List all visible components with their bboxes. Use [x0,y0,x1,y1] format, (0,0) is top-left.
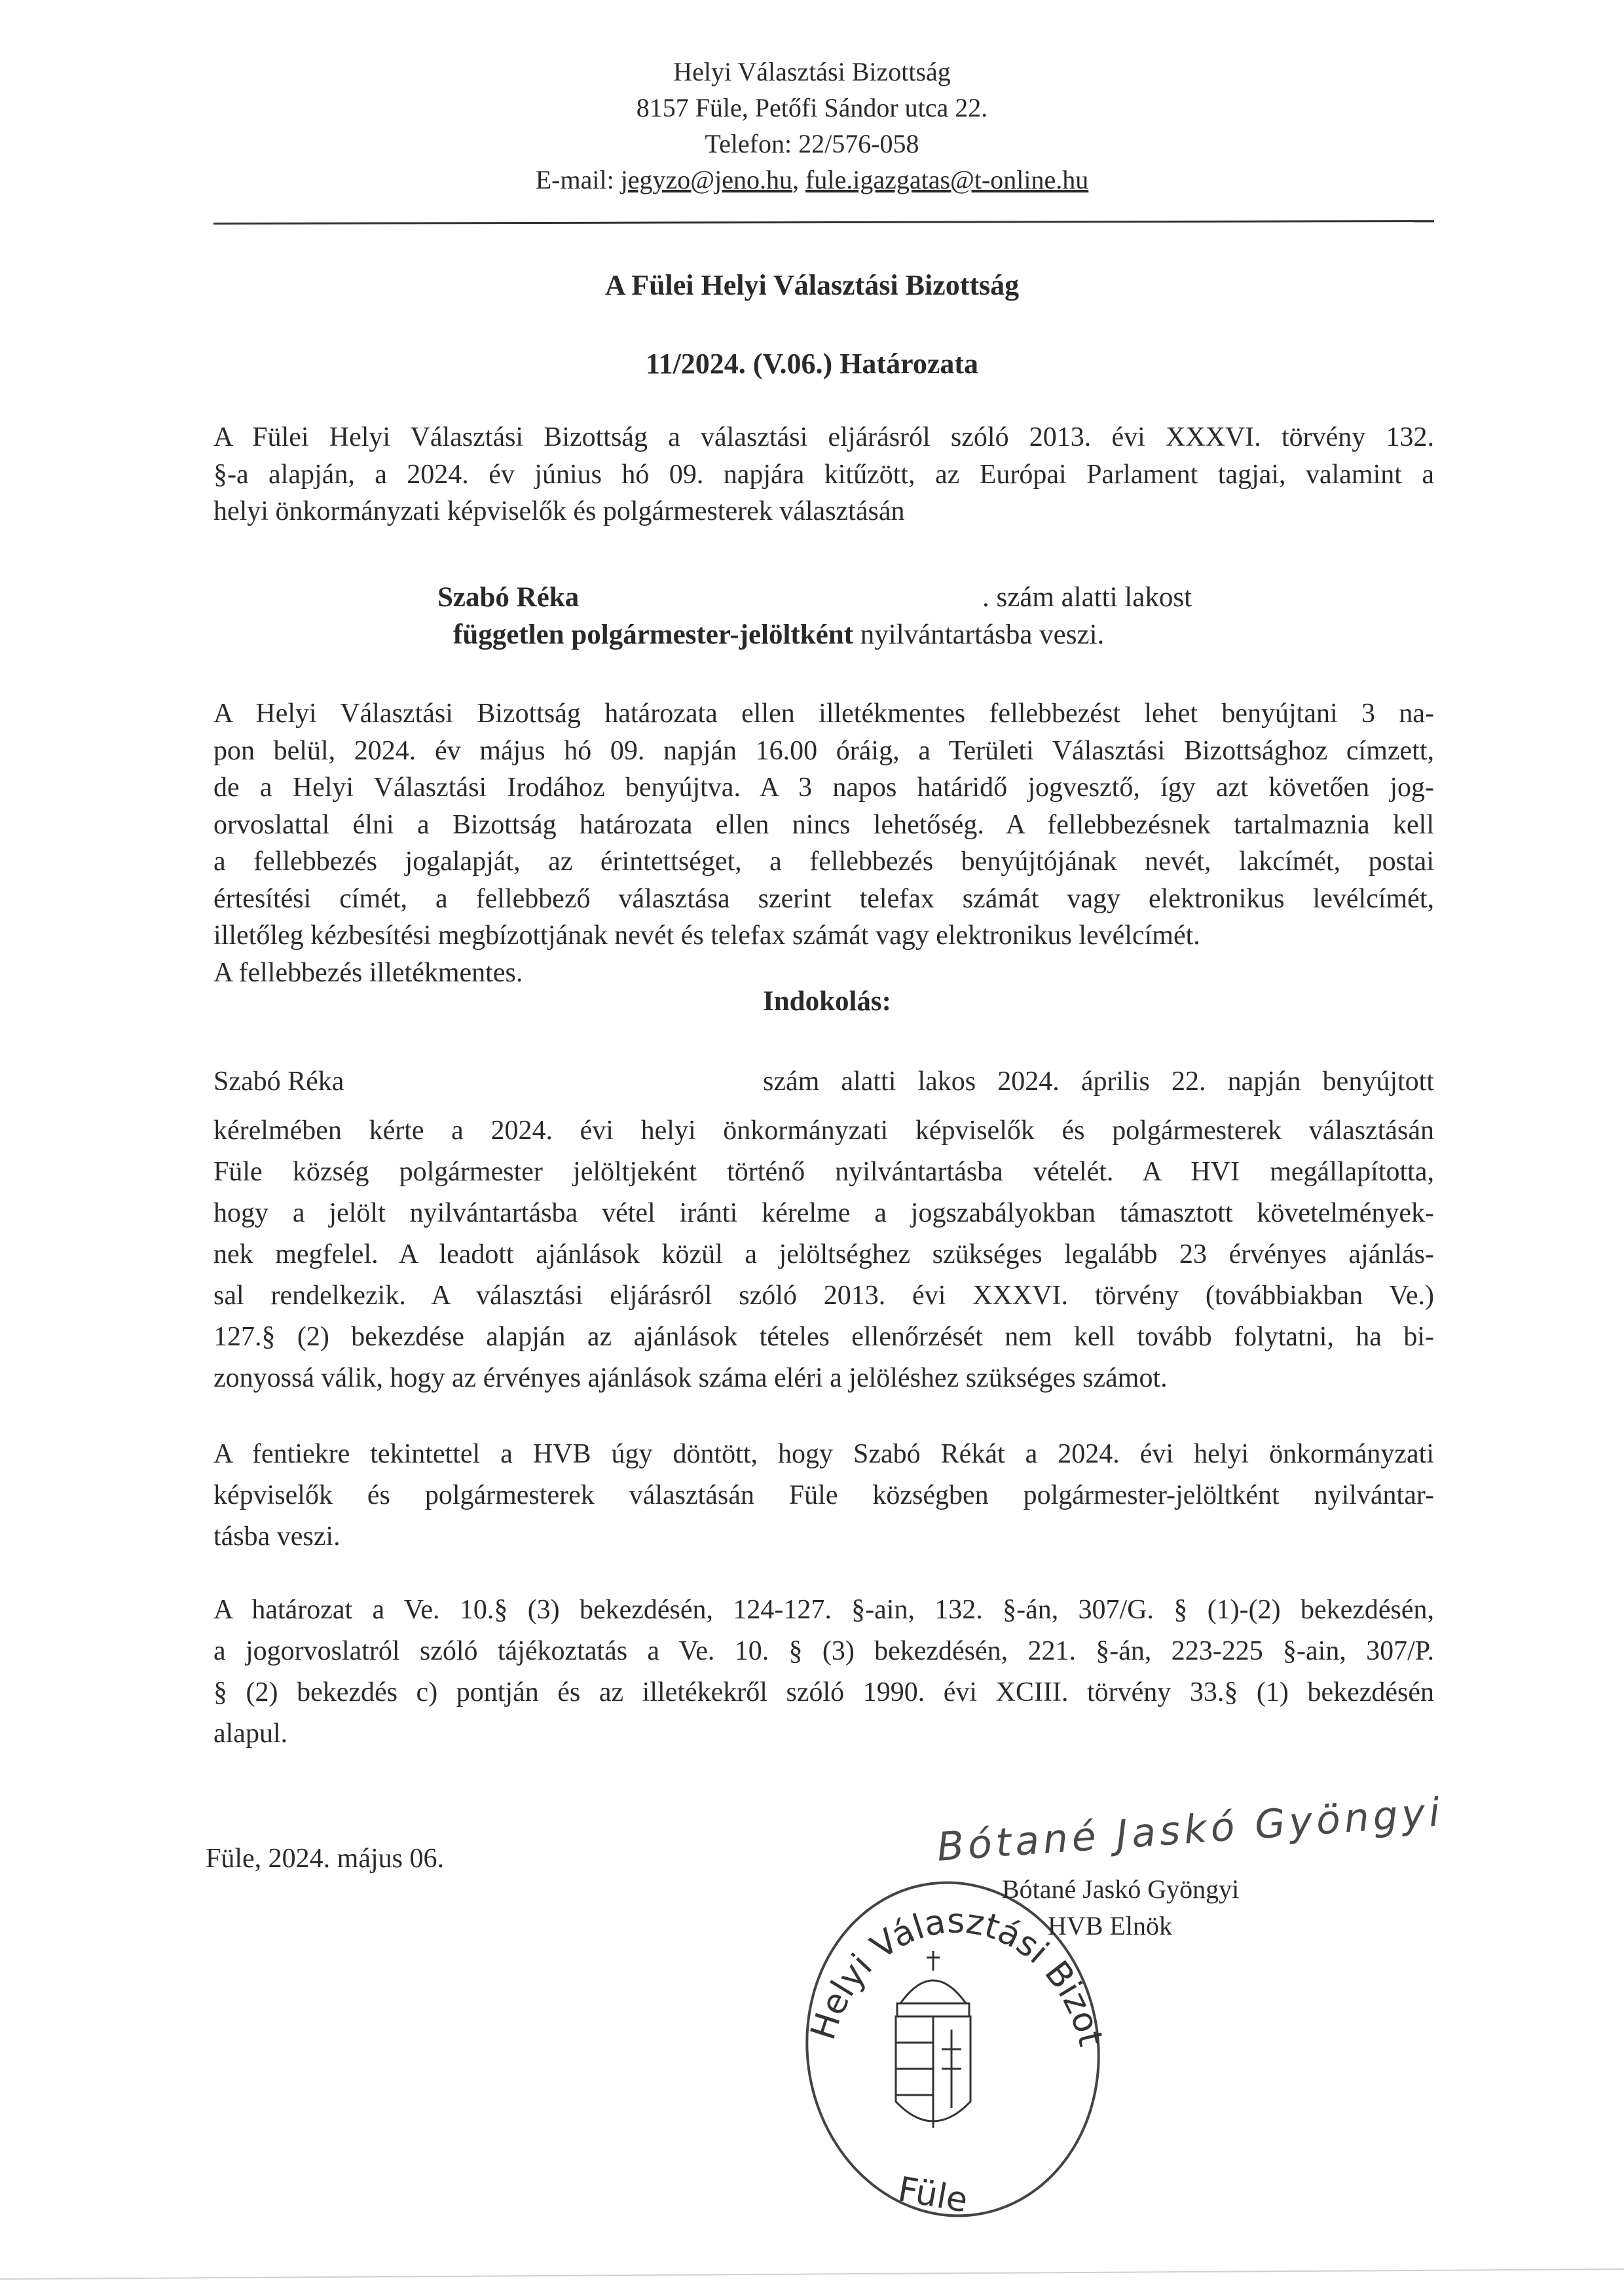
reasoning-line: zonyossá válik, hogy az érvényes ajánlás… [213,1358,1434,1399]
decision-action: nyilvántartásba veszi. [853,619,1104,650]
legal-basis-line: § (2) bekezdés c) pontján és az illetéke… [213,1672,1434,1713]
appeal-line: illetőleg kézbesítési megbízottjának nev… [213,917,1434,955]
intro-paragraph: A Fülei Helyi Választási Bizottság a vál… [213,419,1434,530]
reasoning-first-line: szám alatti lakos 2024. április 22. napj… [763,1066,1434,1097]
reasoning-line: hogy a jelölt nyilvántartásba vétel irán… [213,1193,1434,1234]
scan-edge-line [0,2269,1624,2280]
official-stamp-icon: Helyi Választási Bizottság Füle [792,1853,1107,2219]
appeal-line: a fellebbezés jogalapját, az érintettség… [213,843,1434,881]
email-link-1[interactable]: jegyzo@jeno.hu [621,165,792,194]
appeal-line: orvoslattal élni a Bizottság határozata … [213,807,1434,844]
reasoning-name: Szabó Réka [213,1066,344,1097]
reasoning-heading: Indokolás: [763,985,891,1017]
document-date: Füle, 2024. május 06. [206,1843,444,1874]
decision-role: független polgármester-jelöltként [453,619,853,650]
appeal-line: A Helyi Választási Bizottság határozata … [213,695,1434,733]
reasoning-line: Füle község polgármester jelöltjeként tö… [213,1152,1434,1193]
header-address: 8157 Füle, Petőfi Sándor utca 22. [0,90,1624,126]
conclusion-line: A fentiekre tekintettel a HVB úgy döntöt… [213,1434,1434,1475]
reasoning-line: kérelmében kérte a 2024. évi helyi önkor… [213,1110,1434,1152]
candidate-name: Szabó Réka [437,581,579,613]
legal-basis-line: alapul. [213,1713,1434,1755]
resolution-number: 11/2024. (V.06.) Határozata [0,347,1624,380]
reasoning-line: sal rendelkezik. A választási eljárásról… [213,1275,1434,1317]
header-email: E-mail: jegyzo@jeno.hu, fule.igazgatas@t… [0,162,1624,198]
handwritten-signature: Bótané Jaskó Gyöngyi [936,1789,1445,1870]
reasoning-paragraph: kérelmében kérte a 2024. évi helyi önkor… [213,1110,1434,1399]
reasoning-line: nek megfelel. A leadott ajánlások közül … [213,1234,1434,1275]
email-label: E-mail: [536,165,621,194]
document-title: A Fülei Helyi Választási Bizottság [0,268,1624,302]
reasoning-line: 127.§ (2) bekezdése alapján az ajánlások… [213,1317,1434,1358]
email-link-2[interactable]: fule.igazgatas@t-online.hu [805,165,1088,194]
legal-basis-line: a jogorvoslatról szóló tájékoztatás a Ve… [213,1631,1434,1672]
decision-text: független polgármester-jelöltként nyilvá… [453,619,1104,651]
legal-basis-paragraph: A határozat a Ve. 10.§ (3) bekezdésén, 1… [213,1590,1434,1755]
signer-name: Bótané Jaskó Gyöngyi [1002,1874,1239,1904]
appeal-line: de a Helyi Választási Irodához benyújtva… [213,769,1434,807]
header-divider [213,220,1434,225]
svg-text:Füle: Füle [895,2170,970,2219]
intro-line: §-a alapján, a 2024. év június hó 09. na… [213,456,1434,494]
signer-title: HVB Elnök [1048,1910,1172,1941]
appeal-line: pon belül, 2024. év május hó 09. napján … [213,733,1434,770]
header-phone: Telefon: 22/576-058 [0,126,1624,162]
conclusion-line: képviselők és polgármesterek választásán… [213,1475,1434,1516]
header-org: Helyi Választási Bizottság [0,54,1624,90]
appeal-line: értesítési címét, a fellebbező választás… [213,881,1434,918]
candidate-address-suffix: . szám alatti lakost [982,581,1192,613]
conclusion-paragraph: A fentiekre tekintettel a HVB úgy döntöt… [213,1434,1434,1558]
intro-line: helyi önkormányzati képviselők és polgár… [213,493,1434,530]
legal-basis-line: A határozat a Ve. 10.§ (3) bekezdésén, 1… [213,1590,1434,1631]
email-separator: , [792,165,805,194]
conclusion-line: tásba veszi. [213,1516,1434,1558]
appeal-paragraph: A Helyi Választási Bizottság határozata … [213,695,1434,991]
intro-line: A Fülei Helyi Választási Bizottság a vál… [213,419,1434,456]
